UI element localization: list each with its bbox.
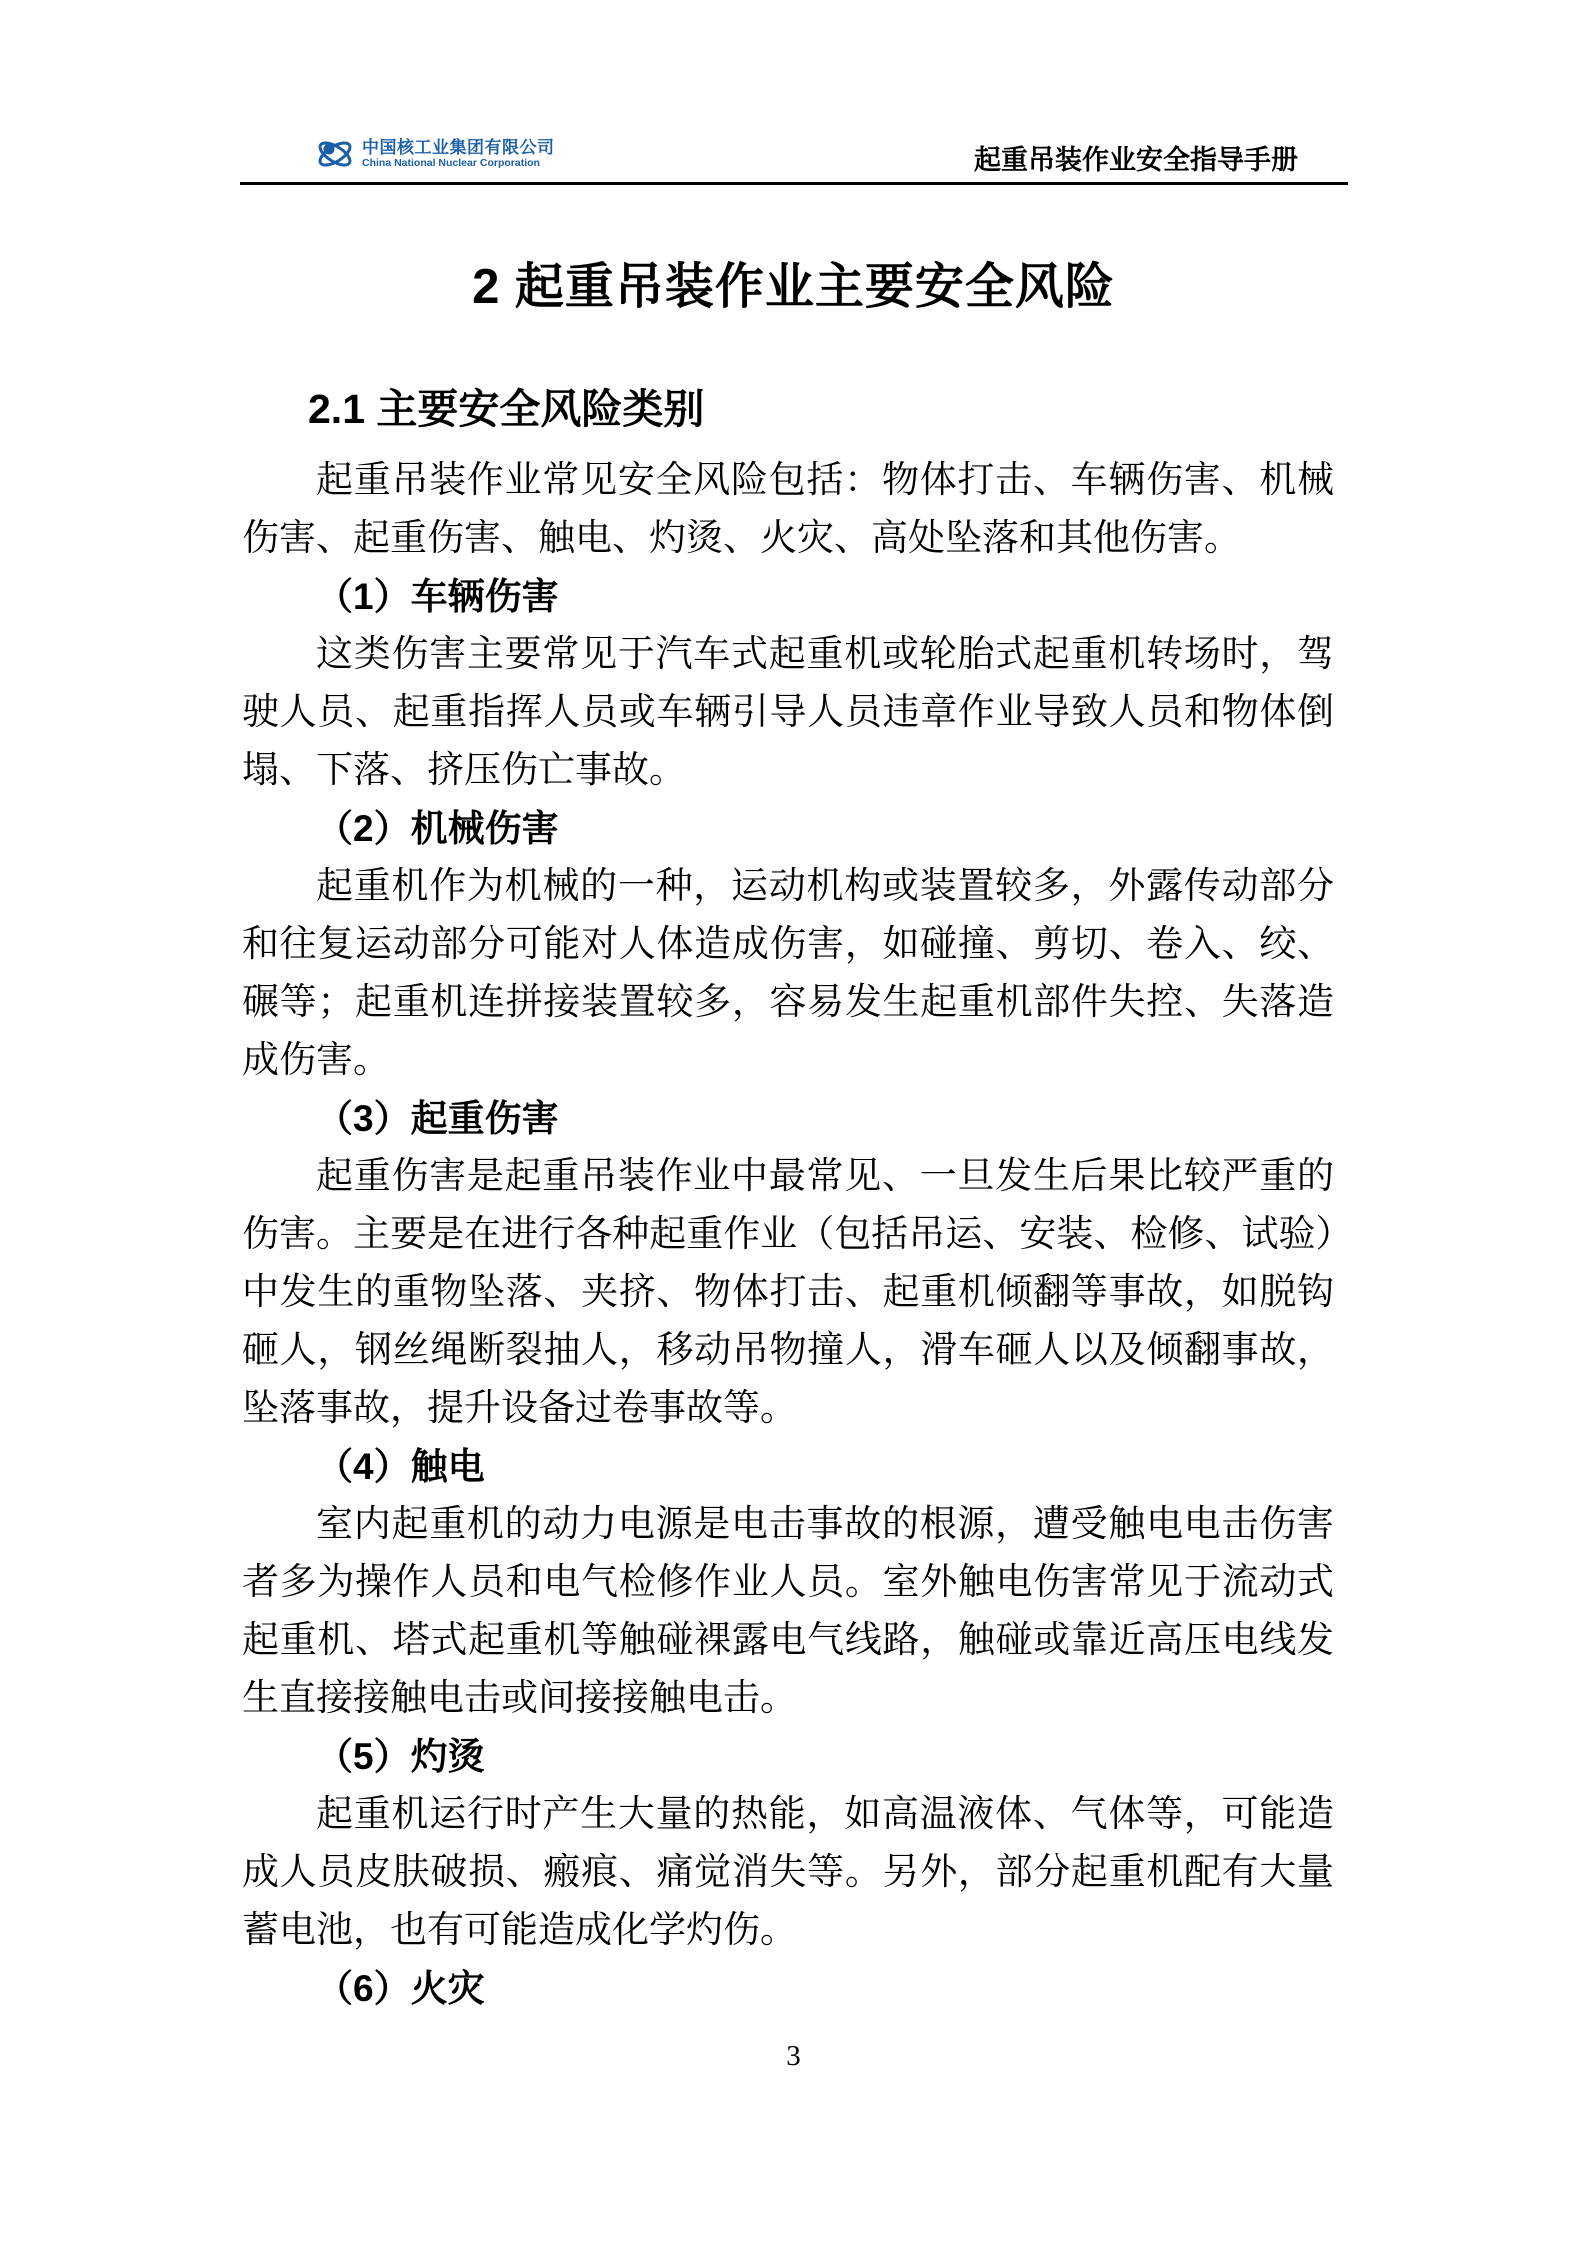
item-heading-5: （5）灼烫 (242, 1728, 1334, 1786)
item-heading-2: （2）机械伤害 (242, 800, 1334, 858)
item-heading-3: （3）起重伤害 (242, 1090, 1334, 1148)
paragraph: 这类伤害主要常见于汽车式起重机或轮胎式起重机转场时，驾驶人员、起重指挥人员或车辆… (242, 626, 1334, 800)
logo-company-name-cn: 中国核工业集团有限公司 (362, 139, 555, 156)
company-logo: 中国核工业集团有限公司 China National Nuclear Corpo… (314, 136, 555, 172)
logo-text: 中国核工业集团有限公司 China National Nuclear Corpo… (362, 139, 555, 169)
page-header: 中国核工业集团有限公司 China National Nuclear Corpo… (240, 128, 1348, 185)
section-title: 2.1 主要安全风险类别 (308, 376, 704, 435)
item-heading-6: （6）火灾 (242, 1960, 1334, 2018)
atom-icon (314, 136, 356, 172)
page-number: 3 (0, 2040, 1587, 2073)
document-page: 中国核工业集团有限公司 China National Nuclear Corpo… (0, 0, 1587, 2245)
item-heading-1: （1）车辆伤害 (242, 568, 1334, 626)
logo-company-name-en: China National Nuclear Corporation (362, 158, 555, 169)
body-text: 起重吊装作业常见安全风险包括：物体打击、车辆伤害、机械伤害、起重伤害、触电、灼烫… (242, 452, 1334, 2018)
paragraph: 起重吊装作业常见安全风险包括：物体打击、车辆伤害、机械伤害、起重伤害、触电、灼烫… (242, 452, 1334, 568)
paragraph: 室内起重机的动力电源是电击事故的根源，遭受触电电击伤害者多为操作人员和电气检修作… (242, 1496, 1334, 1728)
paragraph: 起重机运行时产生大量的热能，如高温液体、气体等，可能造成人员皮肤破损、瘢痕、痛觉… (242, 1786, 1334, 1960)
item-heading-4: （4）触电 (242, 1438, 1334, 1496)
chapter-title: 2 起重吊装作业主要安全风险 (0, 248, 1587, 318)
paragraph: 起重机作为机械的一种，运动机构或装置较多，外露传动部分和往复运动部分可能对人体造… (242, 858, 1334, 1090)
header-document-title: 起重吊装作业安全指导手册 (974, 138, 1298, 177)
paragraph: 起重伤害是起重吊装作业中最常见、一旦发生后果比较严重的伤害。主要是在进行各种起重… (242, 1148, 1334, 1438)
